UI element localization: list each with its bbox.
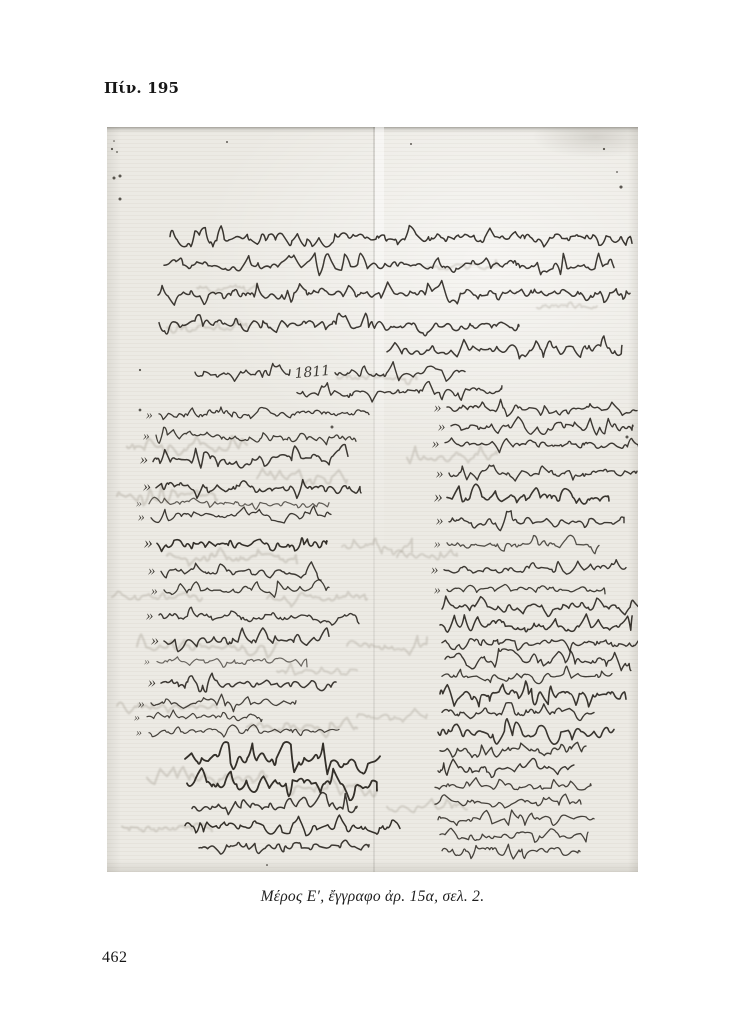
- svg-text:»: »: [146, 608, 153, 624]
- svg-text:»: »: [136, 496, 142, 510]
- svg-text:»: »: [138, 696, 145, 711]
- svg-text:»: »: [434, 486, 443, 506]
- book-page: { "page": { "plate_label": "Πίν. 195", "…: [0, 0, 743, 1027]
- svg-text:»: »: [436, 513, 443, 529]
- svg-text:»: »: [144, 532, 153, 552]
- svg-text:»: »: [144, 654, 150, 668]
- manuscript-handwriting: »»»»»»»»»»»»»»»»»»»»»»»»»1811: [107, 127, 638, 872]
- figure-caption: Μέρος Ε′, ἔγγραφο ἀρ. 15α, σελ. 2.: [107, 888, 638, 906]
- plate-label: Πίν. 195: [104, 79, 179, 97]
- svg-text:»: »: [432, 436, 439, 452]
- svg-text:1811: 1811: [294, 363, 331, 382]
- svg-text:»: »: [151, 631, 159, 649]
- svg-text:»: »: [438, 419, 445, 435]
- svg-text:»: »: [136, 725, 142, 739]
- manuscript-photo: »»»»»»»»»»»»»»»»»»»»»»»»»1811: [107, 127, 638, 872]
- svg-text:»: »: [148, 563, 155, 579]
- svg-text:»: »: [134, 710, 140, 724]
- svg-text:»: »: [138, 509, 145, 524]
- svg-text:»: »: [140, 450, 148, 468]
- svg-text:»: »: [434, 400, 441, 416]
- svg-text:»: »: [143, 477, 151, 495]
- svg-text:»: »: [431, 562, 438, 578]
- svg-text:»: »: [434, 536, 441, 551]
- svg-text:»: »: [151, 583, 158, 598]
- svg-text:»: »: [434, 582, 441, 597]
- svg-text:»: »: [148, 673, 156, 691]
- svg-text:»: »: [436, 466, 443, 482]
- svg-text:»: »: [143, 428, 150, 443]
- svg-text:»: »: [146, 407, 153, 422]
- page-number: 462: [102, 949, 128, 967]
